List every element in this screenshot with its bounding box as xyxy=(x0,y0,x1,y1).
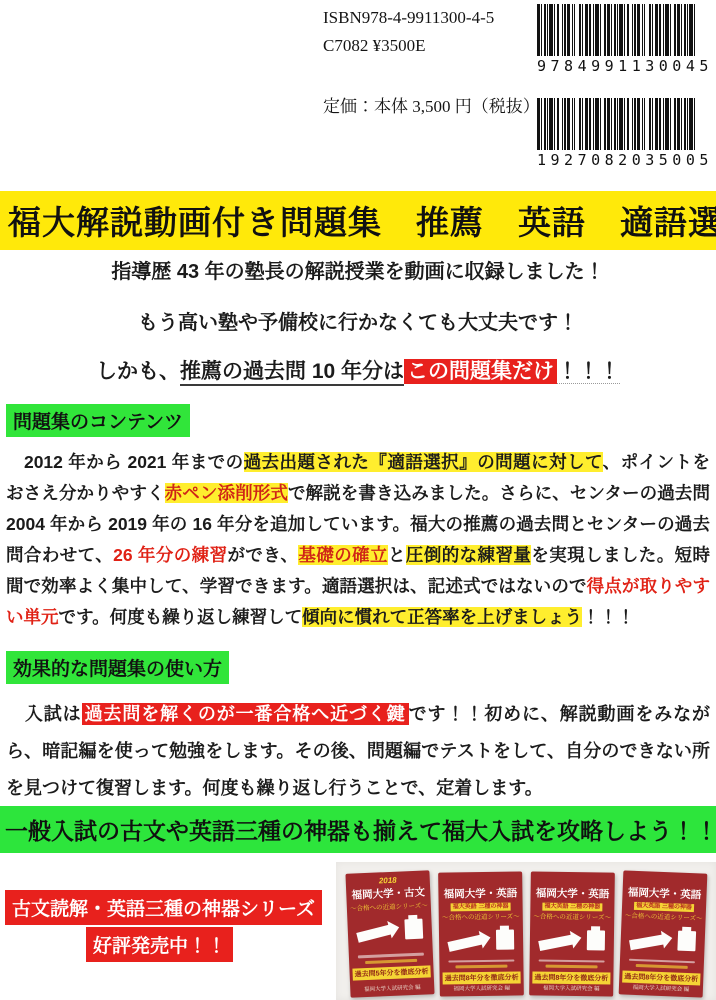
intro-line-3: しかも、推薦の過去問 10 年分はこの問題集だけ！！！ xyxy=(0,355,716,385)
book-analysis-band: 過去問8年分を徹底分析 xyxy=(442,971,520,984)
book-title: 福岡大学・英語 xyxy=(627,885,701,903)
text-segment-plain: ！！！ xyxy=(582,607,635,627)
book-deco-line xyxy=(628,958,694,963)
book-year: 2018 xyxy=(378,876,396,886)
barcode-upper-digits: 9784991130045 xyxy=(537,57,695,75)
box-icon xyxy=(586,930,604,950)
book-tag: 福大英語 三種の神器 xyxy=(542,903,602,912)
book-deco-line xyxy=(455,965,507,968)
text-segment-plain: しかも、 xyxy=(96,360,180,383)
barcode-upper: 9784991130045 xyxy=(537,4,695,75)
book-tag: 福大英語 三種の神器 xyxy=(450,903,510,912)
book-deco-line xyxy=(538,959,604,963)
book-series-line: ～合格への近道シリーズ～ xyxy=(349,900,427,912)
text-segment-plain: ができ、 xyxy=(227,545,298,565)
book-cover: 福岡大学・英語福大英語 三種の神器～合格への近道シリーズ～過去問8年分を徹底分析… xyxy=(438,871,524,996)
c-code-price: C7082 ¥3500E xyxy=(323,36,425,56)
promo-series-label: 古文読解・英語三種の神器シリーズ xyxy=(5,890,322,925)
promo-on-sale-label: 好評発売中！！ xyxy=(86,927,233,962)
book-year xyxy=(571,876,573,885)
book-analysis-band: 過去問8年分を徹底分析 xyxy=(532,971,610,984)
book-deco-line xyxy=(545,965,597,968)
book-cover: 福岡大学・英語福大英語 三種の神器～合格への近道シリーズ～過去問8年分を徹底分析… xyxy=(618,870,707,997)
book-publisher-line: 福岡大学入試研究会 編 xyxy=(363,983,420,993)
text-segment-hlred: 赤ペン添削形式 xyxy=(165,483,288,503)
section-body-usage: 入試は過去問を解くのが一番合格へ近づく鍵です！！初めに、解説動画をみながら、暗記… xyxy=(6,696,710,807)
text-segment-plain: 入試は xyxy=(6,704,82,724)
intro-line-1: 指導歴 43 年の塾長の解説授業を動画に収録しました！ xyxy=(0,255,716,284)
text-segment-red: 26 年分の練習 xyxy=(113,545,227,565)
book-title: 福岡大学・古文 xyxy=(351,885,425,903)
section-body-contents: 2012 年から 2021 年までの過去出題された『適語選択』の問題に対して、ポ… xyxy=(6,447,710,633)
arrow-icon xyxy=(447,935,482,952)
series-banner: 一般入試の古文や英語三種の神器も揃えて福大入試を攻略しよう！！ xyxy=(0,806,716,853)
isbn-block: ISBN978-4-9911300-4-5 C7082 ¥3500E 定価：本体… xyxy=(0,0,716,180)
book-deco-line xyxy=(635,964,687,969)
book-series-line: ～合格への近道シリーズ～ xyxy=(441,911,519,921)
book-publisher-line: 福岡大学入試研究会 編 xyxy=(542,984,599,993)
list-price: 定価：本体 3,500 円（税抜） xyxy=(323,92,540,117)
book-publisher-line: 福岡大学入試研究会 編 xyxy=(632,983,689,993)
intro-line-2: もう高い塾や予備校に行かなくても大丈夫です！ xyxy=(0,306,716,335)
text-segment-hlred: 基礎の確立 xyxy=(298,545,388,565)
book-year xyxy=(479,876,481,885)
book-arrow-art xyxy=(354,915,425,952)
section-heading-usage: 効果的な問題集の使い方 xyxy=(6,651,229,684)
barcode-lower: 1927082035005 xyxy=(537,98,695,169)
text-segment-plain: です。何度も繰り返し練習して xyxy=(59,607,303,627)
arrow-icon xyxy=(356,925,391,943)
text-segment-hl: 傾向に慣れて正答率を上げましょう xyxy=(302,607,582,627)
box-icon xyxy=(495,930,513,950)
page-title: 福大解説動画付き問題集 推薦 英語 適語選択 xyxy=(0,191,716,250)
book-analysis-band: 過去問5年分を徹底分析 xyxy=(352,965,430,980)
book-title: 福岡大学・英語 xyxy=(535,885,609,901)
barcode-lower-digits: 1927082035005 xyxy=(537,151,695,169)
arrow-icon xyxy=(629,935,664,951)
text-segment-redbox: この問題集だけ xyxy=(404,359,557,384)
text-segment-plain: と xyxy=(388,545,406,565)
text-segment-udot: ！！！ xyxy=(557,360,620,384)
book-back-cover: ISBN978-4-9911300-4-5 C7082 ¥3500E 定価：本体… xyxy=(0,0,716,1000)
book-series-line: ～合格への近道シリーズ～ xyxy=(533,911,611,921)
book-series-photo: 2018福岡大学・古文～合格への近道シリーズ～過去問5年分を徹底分析福岡大学入試… xyxy=(336,862,716,1000)
book-publisher-line: 福岡大学入試研究会 編 xyxy=(453,984,510,993)
book-cover: 福岡大学・英語福大英語 三種の神器～合格への近道シリーズ～過去問8年分を徹底分析… xyxy=(529,871,615,996)
text-segment-hl: 過去出題された『適語選択』の問題に対して xyxy=(244,452,603,472)
barcode-lower-bars xyxy=(537,98,695,150)
book-arrow-art xyxy=(627,925,698,957)
box-icon xyxy=(677,931,696,952)
text-segment-plain: 2012 年から 2021 年までの xyxy=(6,452,244,472)
barcode-upper-bars xyxy=(537,4,695,56)
book-arrow-art xyxy=(536,926,606,957)
book-cover: 2018福岡大学・古文～合格への近道シリーズ～過去問5年分を徹底分析福岡大学入試… xyxy=(345,870,434,997)
book-title: 福岡大学・英語 xyxy=(443,885,517,901)
book-deco-line xyxy=(365,959,417,964)
book-series-line: ～合格への近道シリーズ～ xyxy=(624,911,702,923)
section-heading-contents: 問題集のコンテンツ xyxy=(6,404,190,437)
text-segment-u: 推薦の過去問 10 年分は xyxy=(180,360,404,386)
book-year xyxy=(663,876,666,885)
title-row: 福大解説動画付き問題集 推薦 英語 適語選択 xyxy=(0,191,716,250)
arrow-icon xyxy=(538,935,573,951)
text-segment-redbox: 過去問を解くのが一番合格へ近づく鍵 xyxy=(82,703,409,725)
box-icon xyxy=(404,919,423,940)
book-arrow-art xyxy=(445,926,515,957)
text-segment-hl: 圧倒的な練習量 xyxy=(406,545,531,565)
isbn-number: ISBN978-4-9911300-4-5 xyxy=(323,8,494,28)
book-deco-line xyxy=(357,953,423,959)
book-deco-line xyxy=(448,959,514,963)
barcode-bar xyxy=(694,4,695,56)
barcode-bar xyxy=(694,98,695,150)
